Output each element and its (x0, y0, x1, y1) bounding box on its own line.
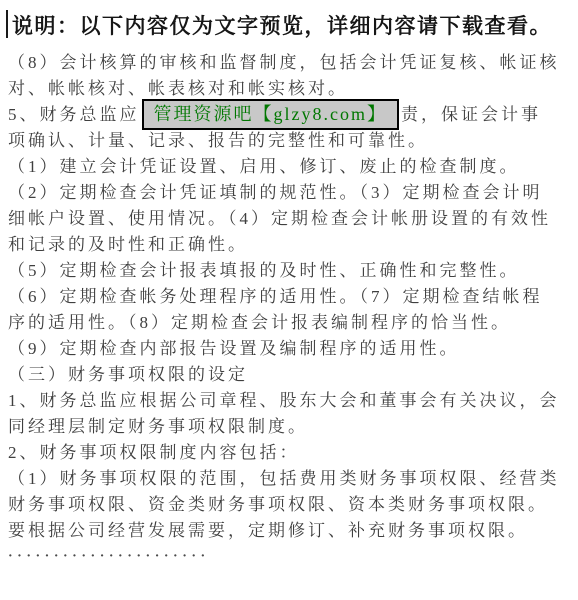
document-preview-page: 说明：以下内容仅为文字预览，详细内容请下载查看。 （8）会计核算的审核和监督制度… (0, 0, 578, 600)
text-line: 项确认、计量、记录、报告的完整性和可靠性。 (8, 128, 572, 154)
text-line: ······················ (8, 544, 572, 570)
text-line: 细帐户设置、使用情况。（4）定期检查会计帐册设置的有效性 (8, 206, 572, 232)
text-line: （8）会计核算的审核和监督制度，包括会计凭证复核、帐证核 (8, 50, 572, 76)
text-line: 和记录的及时性和正确性。 (8, 232, 572, 258)
text-line: （6）定期检查帐务处理程序的适用性。（7）定期检查结帐程 (8, 284, 572, 310)
text-line: （1）财务事项权限的范围，包括费用类财务事项权限、经营类 (8, 466, 572, 492)
text-cursor (6, 10, 8, 38)
text-line: （三）财务事项权限的设定 (8, 362, 572, 388)
text-line: （9）定期检查内部报告设置及编制程序的适用性。 (8, 336, 572, 362)
text-line: （2）定期检查会计凭证填制的规范性。（3）定期检查会计明 (8, 180, 572, 206)
text-line: 财务事项权限、资金类财务事项权限、资本类财务事项权限。 (8, 492, 572, 518)
document-body: （8）会计核算的审核和监督制度，包括会计凭证复核、帐证核对、帐帐核对、帐表核对和… (0, 46, 578, 570)
text-after-watermark: 责，保证会计事 (401, 105, 541, 124)
text-line: （5）定期检查会计报表填报的及时性、正确性和完整性。 (8, 258, 572, 284)
text-line: 同经理层制定财务事项权限制度。 (8, 414, 572, 440)
text-line: 序的适用性。（8）定期检查会计报表编制程序的恰当性。 (8, 310, 572, 336)
preview-notice: 说明：以下内容仅为文字预览，详细内容请下载查看。 (0, 0, 578, 46)
text-line: 1、财务总监应根据公司章程、股东大会和董事会有关决议，会 (8, 388, 572, 414)
text-before-watermark: 5、财务总监应 (8, 105, 140, 124)
text-line: 2、财务事项权限制度内容包括： (8, 440, 572, 466)
text-line: 5、财务总监应管理资源吧【glzy8.com】责，保证会计事 (8, 102, 572, 128)
text-line: （1）建立会计凭证设置、启用、修订、废止的检查制度。 (8, 154, 572, 180)
watermark-banner: 管理资源吧【glzy8.com】 (142, 99, 399, 130)
text-line: 要根据公司经营发展需要，定期修订、补充财务事项权限。 (8, 518, 572, 544)
